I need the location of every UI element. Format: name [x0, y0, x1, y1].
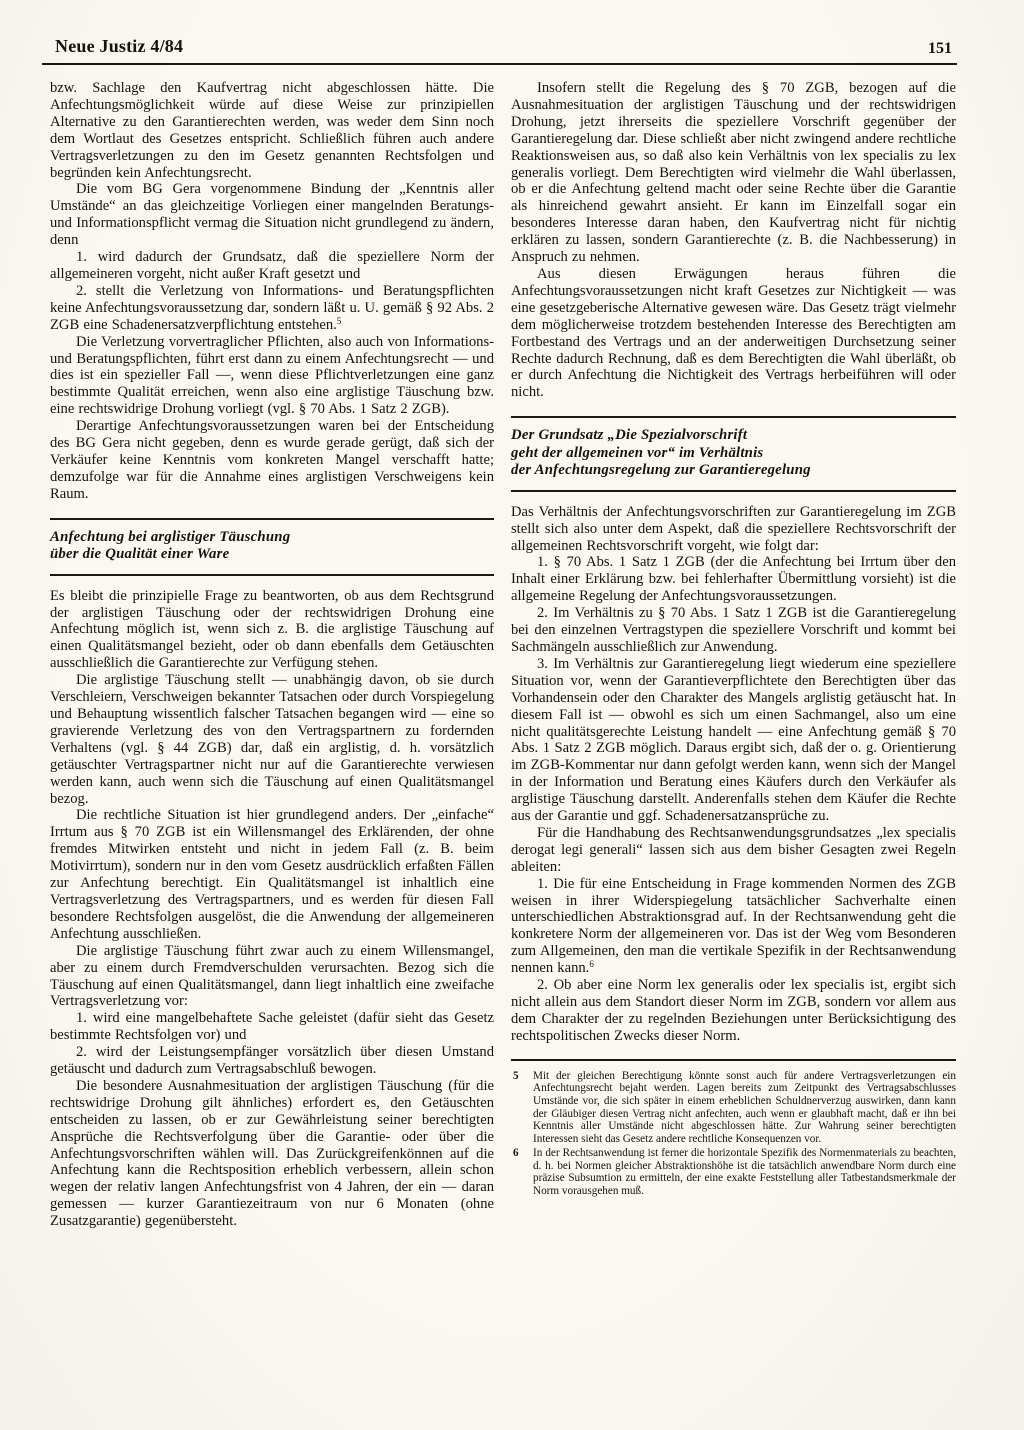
right-column-text-bottom: Das Verhältnis der Anfechtungsvorschrift… — [511, 504, 956, 1045]
footnotes-block: 5Mit der gleichen Berechtigung könnte so… — [511, 1059, 956, 1198]
footnote-text: In der Rechtsanwendung ist ferner die ho… — [533, 1147, 956, 1197]
paragraph: Insofern stellt die Regelung des § 70 ZG… — [511, 80, 956, 266]
paragraph: Das Verhältnis der Anfechtungsvorschrift… — [511, 504, 956, 555]
paragraph: 1. wird dadurch der Grundsatz, daß die s… — [50, 249, 494, 283]
paragraph: 2. wird der Leistungsempfänger vorsätzli… — [50, 1044, 494, 1078]
heading-line: über die Qualität einer Ware — [50, 546, 494, 564]
journal-page: Neue Justiz 4/84 151 bzw. Sachlage den K… — [0, 0, 1024, 1430]
heading-line: Anfechtung bei arglistiger Täuschung — [50, 529, 494, 547]
page-number: 151 — [928, 40, 952, 58]
footnote: 6In der Rechtsanwendung ist ferner die h… — [511, 1147, 956, 1197]
paragraph: bzw. Sachlage den Kaufvertrag nicht abge… — [50, 80, 494, 181]
paragraph: 2. Im Verhältnis zu § 70 Abs. 1 Satz 1 Z… — [511, 605, 956, 656]
right-column: Insofern stellt die Regelung des § 70 ZG… — [511, 80, 956, 1230]
paragraph: Derartige Anfechtungsvoraussetzungen war… — [50, 418, 494, 503]
header-rule — [42, 63, 957, 65]
left-column-text-bottom: Es bleibt die prinzipielle Frage zu bean… — [50, 588, 494, 1230]
paragraph: Die arglistige Täuschung stellt — unabhä… — [50, 672, 494, 807]
heading-line: geht der allgemeinen vor“ im Verhältnis — [511, 445, 956, 463]
paragraph: 1. wird eine mangelbehaftete Sache gelei… — [50, 1010, 494, 1044]
footnote-number: 5 — [511, 1070, 533, 1146]
heading-line: Der Grundsatz „Die Spezialvorschrift — [511, 427, 956, 445]
paragraph: Die besondere Ausnahmesituation der argl… — [50, 1078, 494, 1230]
paragraph: 1. § 70 Abs. 1 Satz 1 ZGB (der die Anfec… — [511, 554, 956, 605]
paragraph: Für die Handhabung des Rechtsanwendungsg… — [511, 825, 956, 876]
section-heading-right: Der Grundsatz „Die Spezialvorschrift geh… — [511, 416, 956, 492]
paragraph: Die Verletzung vorvertraglicher Pflichte… — [50, 334, 494, 419]
footnote-marker: 6 — [589, 959, 594, 969]
footnote-number: 6 — [511, 1147, 533, 1197]
right-column-text-top: Insofern stellt die Regelung des § 70 ZG… — [511, 80, 956, 401]
footnote: 5Mit der gleichen Berechtigung könnte so… — [511, 1070, 956, 1146]
footnote-text: Mit der gleichen Berechtigung könnte son… — [533, 1070, 956, 1146]
paragraph: 2. stellt die Verletzung von Information… — [50, 283, 494, 334]
paragraph: Die vom BG Gera vorgenommene Bindung der… — [50, 181, 494, 249]
heading-line: der Anfechtungsregelung zur Garantierege… — [511, 462, 956, 480]
columns: bzw. Sachlage den Kaufvertrag nicht abge… — [50, 80, 956, 1230]
footnote-marker: 5 — [337, 316, 342, 326]
paragraph: 2. Ob aber eine Norm lex generalis oder … — [511, 977, 956, 1045]
section-heading-left: Anfechtung bei arglistiger Täuschung übe… — [50, 518, 494, 576]
paragraph: Die arglistige Täuschung führt zwar auch… — [50, 943, 494, 1011]
left-column-text-top: bzw. Sachlage den Kaufvertrag nicht abge… — [50, 80, 494, 503]
paragraph: 3. Im Verhältnis zur Garantieregelung li… — [511, 656, 956, 825]
paragraph: Es bleibt die prinzipielle Frage zu bean… — [50, 588, 494, 673]
paragraph: Die rechtliche Situation ist hier grundl… — [50, 807, 494, 942]
left-column: bzw. Sachlage den Kaufvertrag nicht abge… — [50, 80, 494, 1230]
paragraph: Aus diesen Erwägungen heraus führen die … — [511, 266, 956, 401]
journal-title: Neue Justiz 4/84 — [55, 36, 183, 57]
paragraph: 1. Die für eine Entscheidung in Frage ko… — [511, 876, 956, 977]
